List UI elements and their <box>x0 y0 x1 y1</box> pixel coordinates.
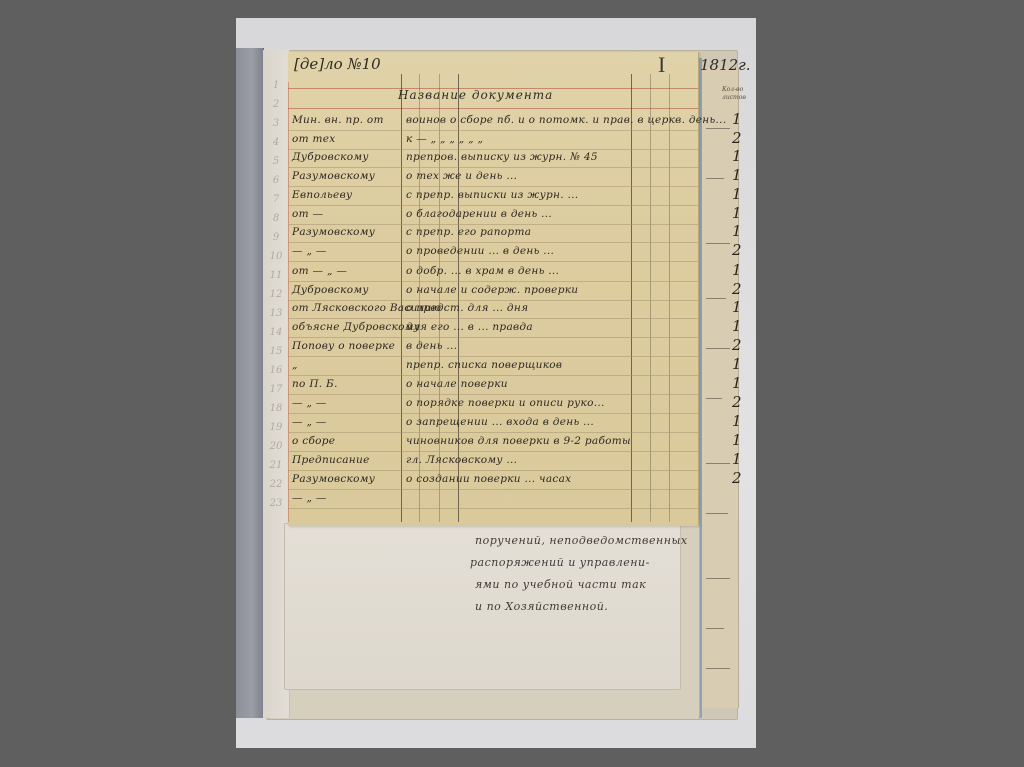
row-rule <box>288 451 698 452</box>
row-document-title: о предст. для ... дня <box>406 302 528 314</box>
row-rule <box>288 261 698 262</box>
row-document-title: о начале поверки <box>406 378 508 390</box>
row-rule <box>288 394 698 395</box>
row-rule <box>288 130 698 131</box>
row-sheet-count: 2 <box>732 280 742 298</box>
row-document-title: о добр. ... в храм в день ... <box>406 265 559 277</box>
year-label: 1812г. <box>700 56 751 74</box>
row-document-title: в день ... <box>406 340 457 352</box>
row-sheet-count: 1 <box>732 450 742 468</box>
margin-row-number: 3 <box>267 118 285 129</box>
column-rule <box>650 74 651 522</box>
margin-row-number: 23 <box>267 498 285 509</box>
row-rule <box>288 167 698 168</box>
row-rule <box>288 149 698 150</box>
row-addressee: о сборе <box>292 435 335 447</box>
row-rule <box>288 186 698 187</box>
column-rule <box>669 74 670 522</box>
margin-row-number: 1 <box>267 80 285 91</box>
row-document-title: о запрещении ... входа в день ... <box>406 416 594 428</box>
row-rule <box>288 413 698 414</box>
margin-row-number: 13 <box>267 308 285 319</box>
header-rule-bottom <box>288 108 698 109</box>
margin-row-number: 14 <box>267 327 285 338</box>
ledger-sheet: [де]ло №10 I 1812г. Название документа К… <box>288 52 699 526</box>
row-document-title: препров. выписку из журн. № 45 <box>406 151 598 163</box>
column-rule <box>631 74 632 522</box>
row-sheet-count: 2 <box>732 393 742 411</box>
note-line: поручений, неподведомственных <box>475 534 688 547</box>
row-document-title: гл. Лясковскому ... <box>406 454 517 466</box>
row-document-title: о тех же и день ... <box>406 170 517 182</box>
row-document-title: для его ... в ... правда <box>406 321 533 333</box>
row-sheet-count: 1 <box>732 374 742 392</box>
row-addressee: от — „ — <box>292 265 347 277</box>
row-rule <box>288 508 698 509</box>
row-addressee: по П. Б. <box>292 378 338 390</box>
margin-row-number: 2 <box>267 99 285 110</box>
row-sheet-count: 1 <box>732 222 742 240</box>
row-rule <box>288 489 698 490</box>
margin-row-number: 9 <box>267 232 285 243</box>
row-addressee: Попову о поверке <box>292 340 395 352</box>
margin-row-number: 22 <box>267 479 285 490</box>
margin-row-number: 7 <box>267 194 285 205</box>
row-document-title: о благодарении в день ... <box>406 208 552 220</box>
row-sheet-count: 1 <box>732 261 742 279</box>
row-sheet-count: 2 <box>732 469 742 487</box>
row-addressee: Разумовскому <box>292 473 375 485</box>
margin-row-number: 4 <box>267 137 285 148</box>
row-sheet-count: 1 <box>732 412 742 430</box>
row-addressee: Разумовскому <box>292 226 375 238</box>
row-addressee: Дубровскому <box>292 151 369 163</box>
note-line: и по Хозяйственной. <box>475 600 608 613</box>
row-addressee: — „ — <box>292 416 327 428</box>
row-document-title: о порядке поверки и описи руко... <box>406 397 605 409</box>
row-sheet-count: 1 <box>732 110 742 128</box>
row-addressee: — „ — <box>292 492 327 504</box>
column-rule <box>401 74 402 522</box>
margin-row-number: 17 <box>267 384 285 395</box>
row-rule <box>288 300 698 301</box>
row-addressee: Дубровскому <box>292 284 369 296</box>
row-addressee: Предписание <box>292 454 370 466</box>
row-sheet-count: 1 <box>732 147 742 165</box>
row-document-title: воинов о сборе пб. и о потомк. и прав. в… <box>406 114 726 126</box>
margin-row-number: 12 <box>267 289 285 300</box>
row-addressee: — „ — <box>292 397 327 409</box>
column-header-title: Название документа <box>398 88 553 102</box>
margin-row-number: 20 <box>267 441 285 452</box>
file-number: [де]ло №10 <box>294 55 381 73</box>
row-addressee: объясне Дубровскому <box>292 321 420 333</box>
row-rule <box>288 205 698 206</box>
row-document-title: о начале и содерж. проверки <box>406 284 578 296</box>
margin-row-number: 21 <box>267 460 285 471</box>
row-sheet-count: 2 <box>732 336 742 354</box>
row-rule <box>288 375 698 376</box>
row-document-title: с препр. выписки из журн. ... <box>406 189 578 201</box>
row-document-title: о создании поверки ... часах <box>406 473 571 485</box>
row-addressee: от — <box>292 208 323 220</box>
note-line: распоряжений и управлени- <box>470 556 650 569</box>
note-card: поручений, неподведомственных распоряжен… <box>284 523 681 690</box>
row-sheet-count: 1 <box>732 355 742 373</box>
row-rule <box>288 337 698 338</box>
row-sheet-count: 1 <box>732 185 742 203</box>
margin-row-number: 16 <box>267 365 285 376</box>
margin-rule <box>288 82 289 522</box>
row-sheet-count: 1 <box>732 166 742 184</box>
binder-spine <box>236 48 264 718</box>
row-document-title: чиновников для поверки в 9-2 работы <box>406 435 631 447</box>
margin-row-number: 19 <box>267 422 285 433</box>
margin-row-number: 10 <box>267 251 285 262</box>
margin-row-number: 18 <box>267 403 285 414</box>
row-rule <box>288 470 698 471</box>
margin-row-number: 5 <box>267 156 285 167</box>
row-document-title: препр. списка поверщиков <box>406 359 562 371</box>
row-addressee: „ <box>292 359 298 371</box>
volume-numeral: I <box>658 52 665 78</box>
margin-row-number: 15 <box>267 346 285 357</box>
row-rule <box>288 242 698 243</box>
row-document-title: о проведении ... в день ... <box>406 245 554 257</box>
row-sheet-count: 1 <box>732 298 742 316</box>
row-addressee: — „ — <box>292 245 327 257</box>
document-photo: 1234567891011121314151617181920212223 по… <box>236 18 756 748</box>
row-addressee: от тех <box>292 133 336 145</box>
row-sheet-count: 1 <box>732 317 742 335</box>
row-addressee: Евпольеву <box>292 189 352 201</box>
row-rule <box>288 224 698 225</box>
row-rule <box>288 356 698 357</box>
column-header-count: Кол-во листов <box>722 86 748 102</box>
row-sheet-count: 1 <box>732 431 742 449</box>
margin-row-number: 8 <box>267 213 285 224</box>
row-document-title: с препр. его рапорта <box>406 226 531 238</box>
row-addressee: Разумовскому <box>292 170 375 182</box>
row-rule <box>288 318 698 319</box>
row-sheet-count: 2 <box>732 129 742 147</box>
row-sheet-count: 1 <box>732 204 742 222</box>
row-rule <box>288 281 698 282</box>
row-addressee: Мин. вн. пр. от <box>292 114 384 126</box>
margin-row-number: 6 <box>267 175 285 186</box>
row-rule <box>288 432 698 433</box>
row-sheet-count: 2 <box>732 241 742 259</box>
note-line: ями по учебной части так <box>475 578 646 591</box>
row-document-title: к — „ „ „ „ „ „ <box>406 133 483 145</box>
margin-row-number: 11 <box>267 270 285 281</box>
